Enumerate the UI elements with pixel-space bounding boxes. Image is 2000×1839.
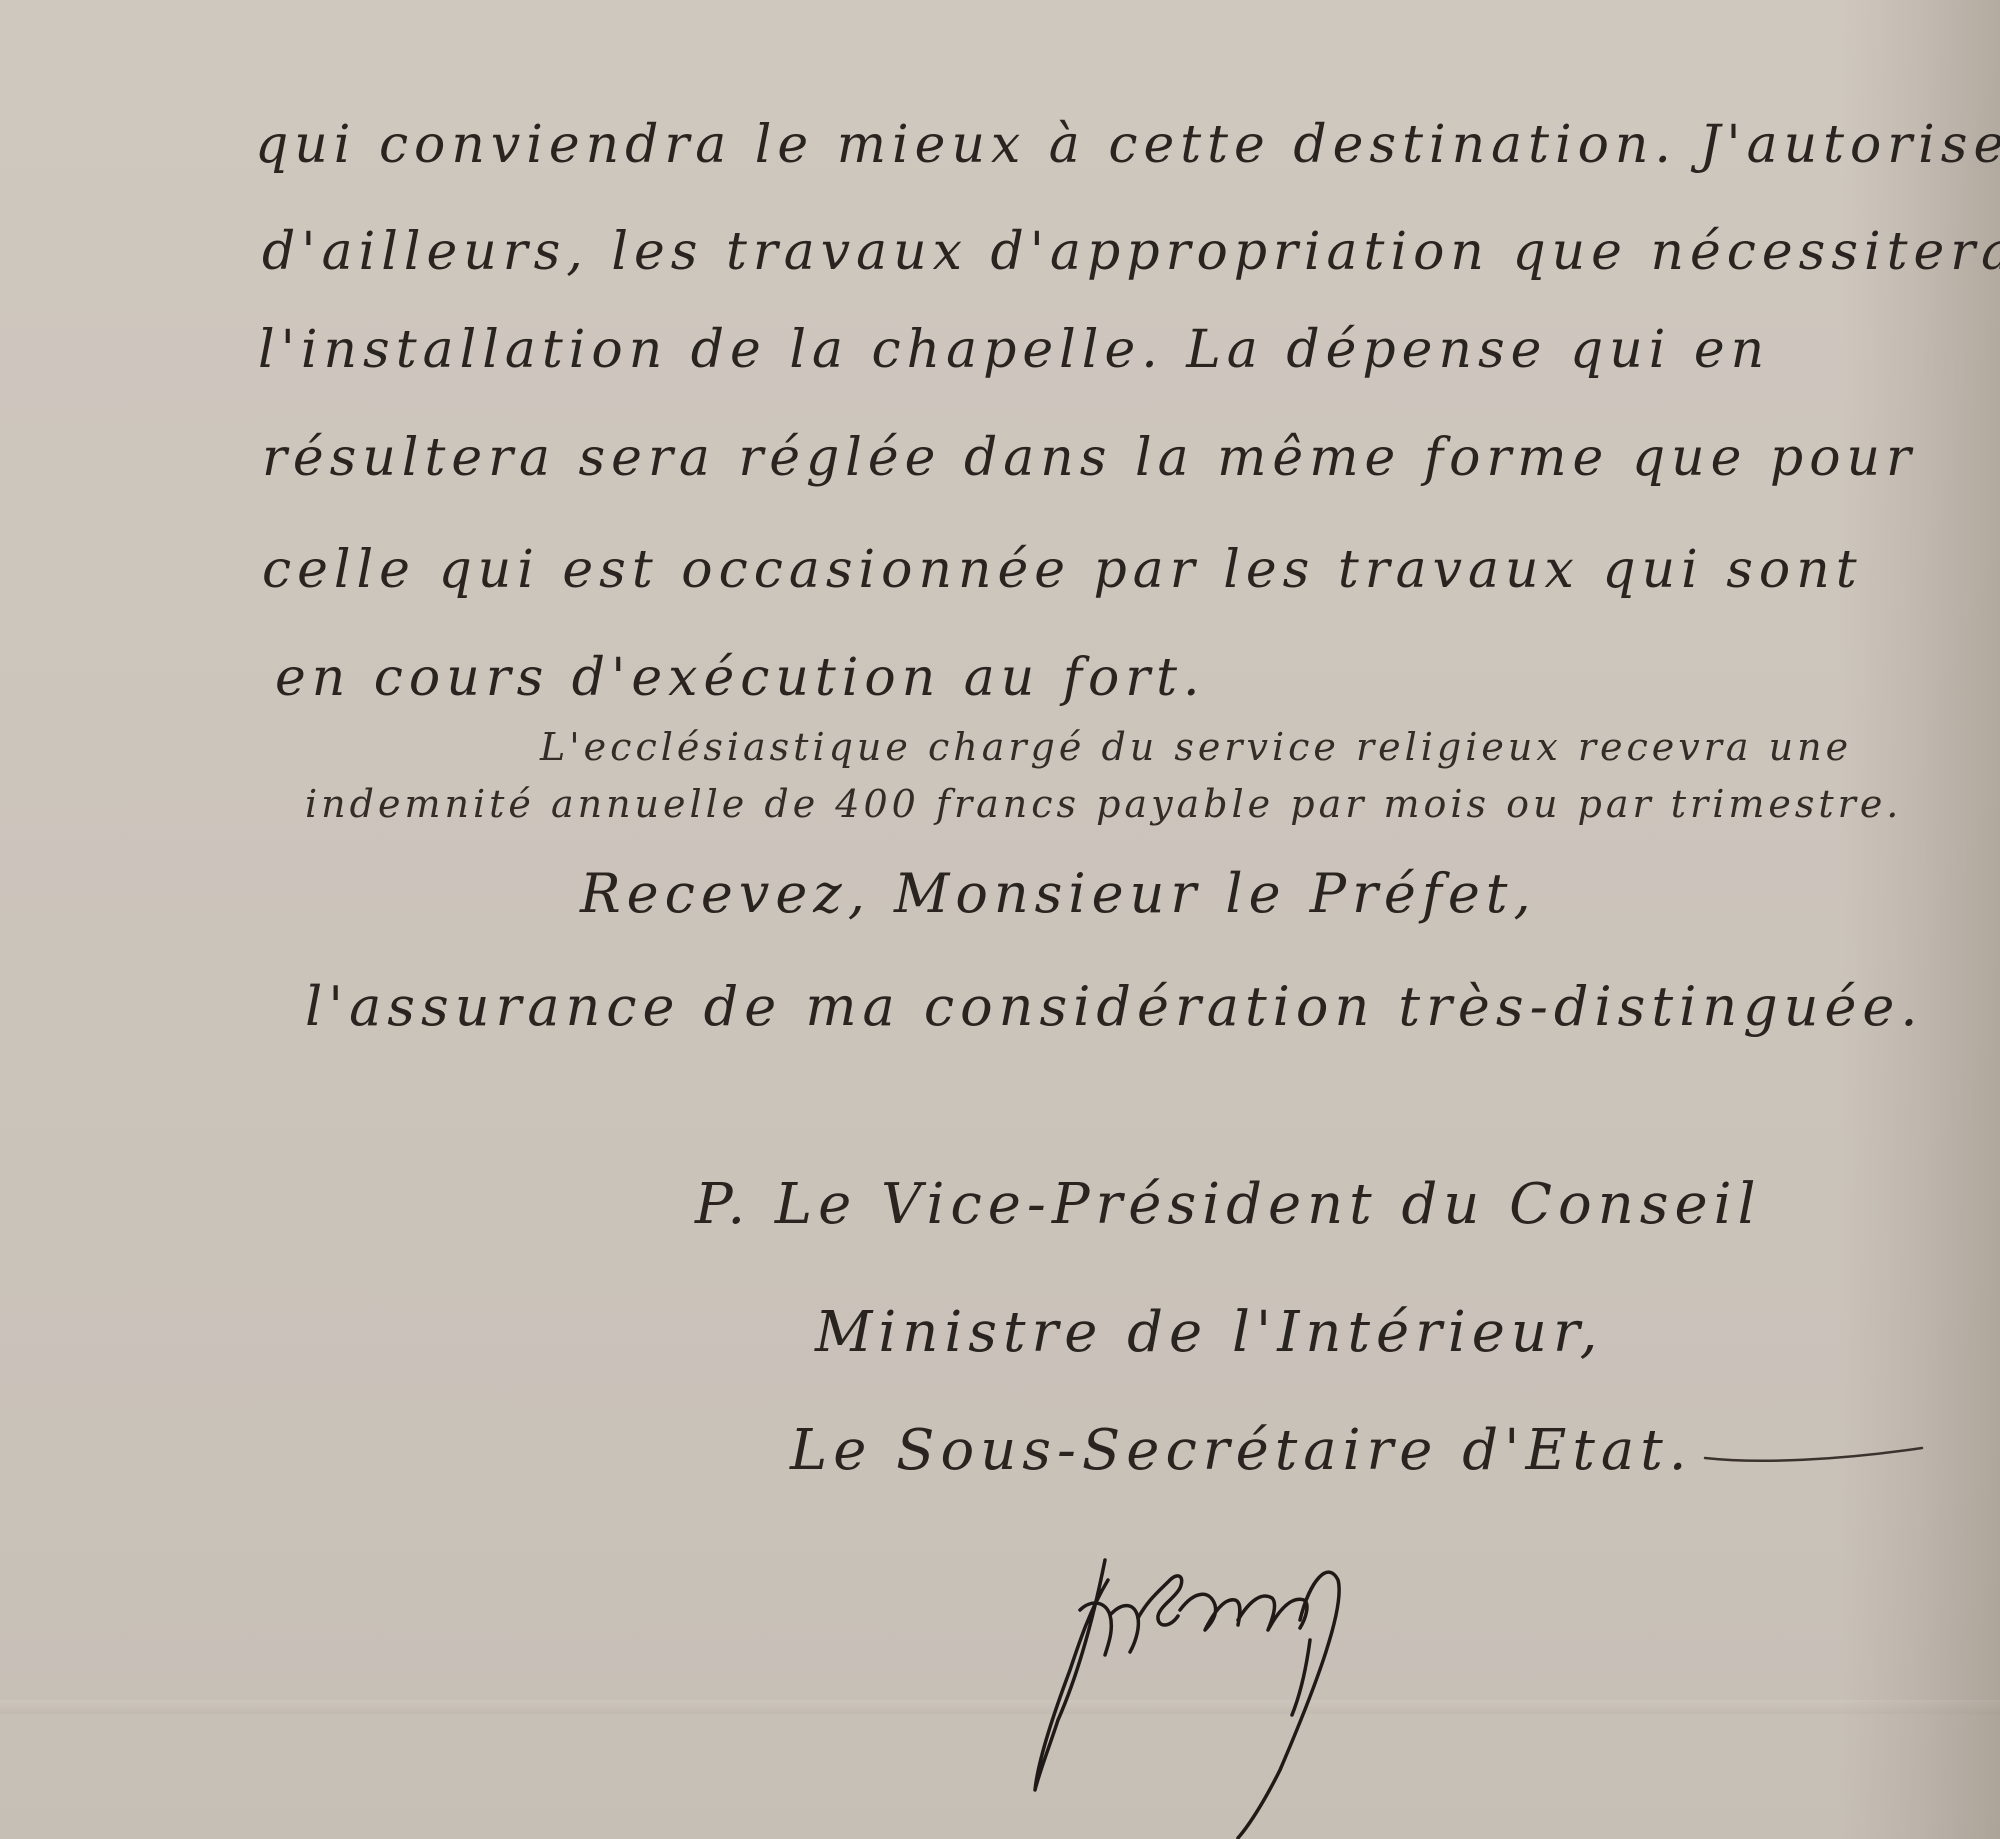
letter-page: qui conviendra le mieux à cette destinat… [0,0,2000,1839]
closing-salutation: Recevez, Monsieur le Préfet, [580,862,1537,925]
body-line-2: d'ailleurs, les travaux d'appropriation … [262,222,2000,282]
paper-fold-line [0,1700,2000,1714]
handwritten-signature [1010,1520,1570,1839]
indemnity-line-1: L'ecclésiastique chargé du service relig… [540,725,1852,769]
body-line-4: résultera sera réglée dans la même forme… [262,428,1917,488]
signatory-title-1: P. Le Vice-Président du Conseil [695,1172,1762,1237]
signatory-title-2: Ministre de l'Intérieur, [815,1300,1603,1365]
body-line-3: l'installation de la chapelle. La dépens… [258,320,1770,380]
closing-assurance: l'assurance de ma considération très-dis… [305,975,1924,1038]
signatory-title-3: Le Sous-Secrétaire d'Etat. [790,1418,1693,1483]
indemnity-line-2: indemnité annuelle de 400 francs payable… [305,782,1902,826]
body-line-1: qui conviendra le mieux à cette destinat… [255,115,2000,175]
flourish-stroke [1700,1430,1930,1470]
body-line-6: en cours d'exécution au fort. [275,648,1206,708]
body-line-5: celle qui est occasionnée par les travau… [262,540,1863,600]
